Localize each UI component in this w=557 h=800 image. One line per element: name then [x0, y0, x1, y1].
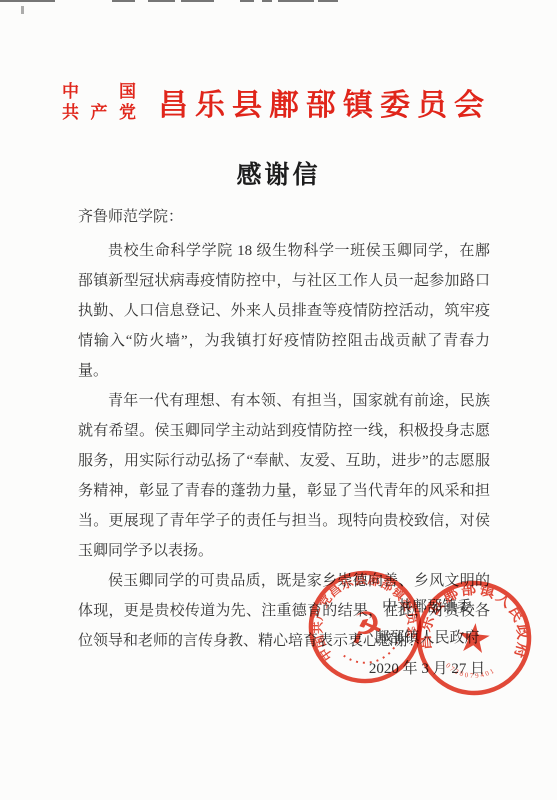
letter-title: 感谢信 [0, 155, 557, 191]
party-char: 共 [62, 102, 79, 123]
hammer-sickle-icon: ☭ [342, 601, 389, 655]
scan-speck-artifact [21, 6, 24, 14]
party-char: 党 [119, 102, 136, 123]
party-name-line2: 共 产 党 [62, 102, 136, 123]
svg-text:0728079401: 0728079401 [443, 661, 498, 683]
party-name-line1: 中 国 [62, 81, 136, 102]
party-char: 国 [119, 81, 136, 102]
government-seal: 昌乐县鄌郚镇人民政府 ★ 0728079401 [408, 572, 540, 704]
government-seal-graphic: 昌乐县鄌郚镇人民政府 ★ 0728079401 [408, 572, 540, 704]
star-icon: ★ [454, 614, 494, 663]
committee-name: 昌乐县鄌郚镇委员会 [158, 80, 491, 124]
scan-edge-artifact [0, 0, 557, 3]
scanned-letter-page: 中 国 共 产 党 昌乐县鄌郚镇委员会 感谢信 齐鲁师范学院： 贵校生命科学学院… [0, 0, 557, 800]
seal-serial-number: 0728079401 [443, 661, 498, 683]
party-name-block: 中 国 共 产 党 [62, 81, 136, 123]
party-char: 产 [91, 102, 108, 123]
letterhead: 中 国 共 产 党 昌乐县鄌郚镇委员会 [62, 80, 517, 124]
paragraph-1: 贵校生命科学学院 18 级生物科学一班侯玉卿同学，在鄌郚镇新型冠状病毒疫情防控中… [78, 236, 490, 386]
party-char: 中 [62, 81, 79, 102]
salutation: 齐鲁师范学院： [78, 202, 490, 232]
paragraph-2: 青年一代有理想、有本领、有担当，国家就有前途，民族就有希望。侯玉卿同学主动站到疫… [78, 386, 490, 566]
